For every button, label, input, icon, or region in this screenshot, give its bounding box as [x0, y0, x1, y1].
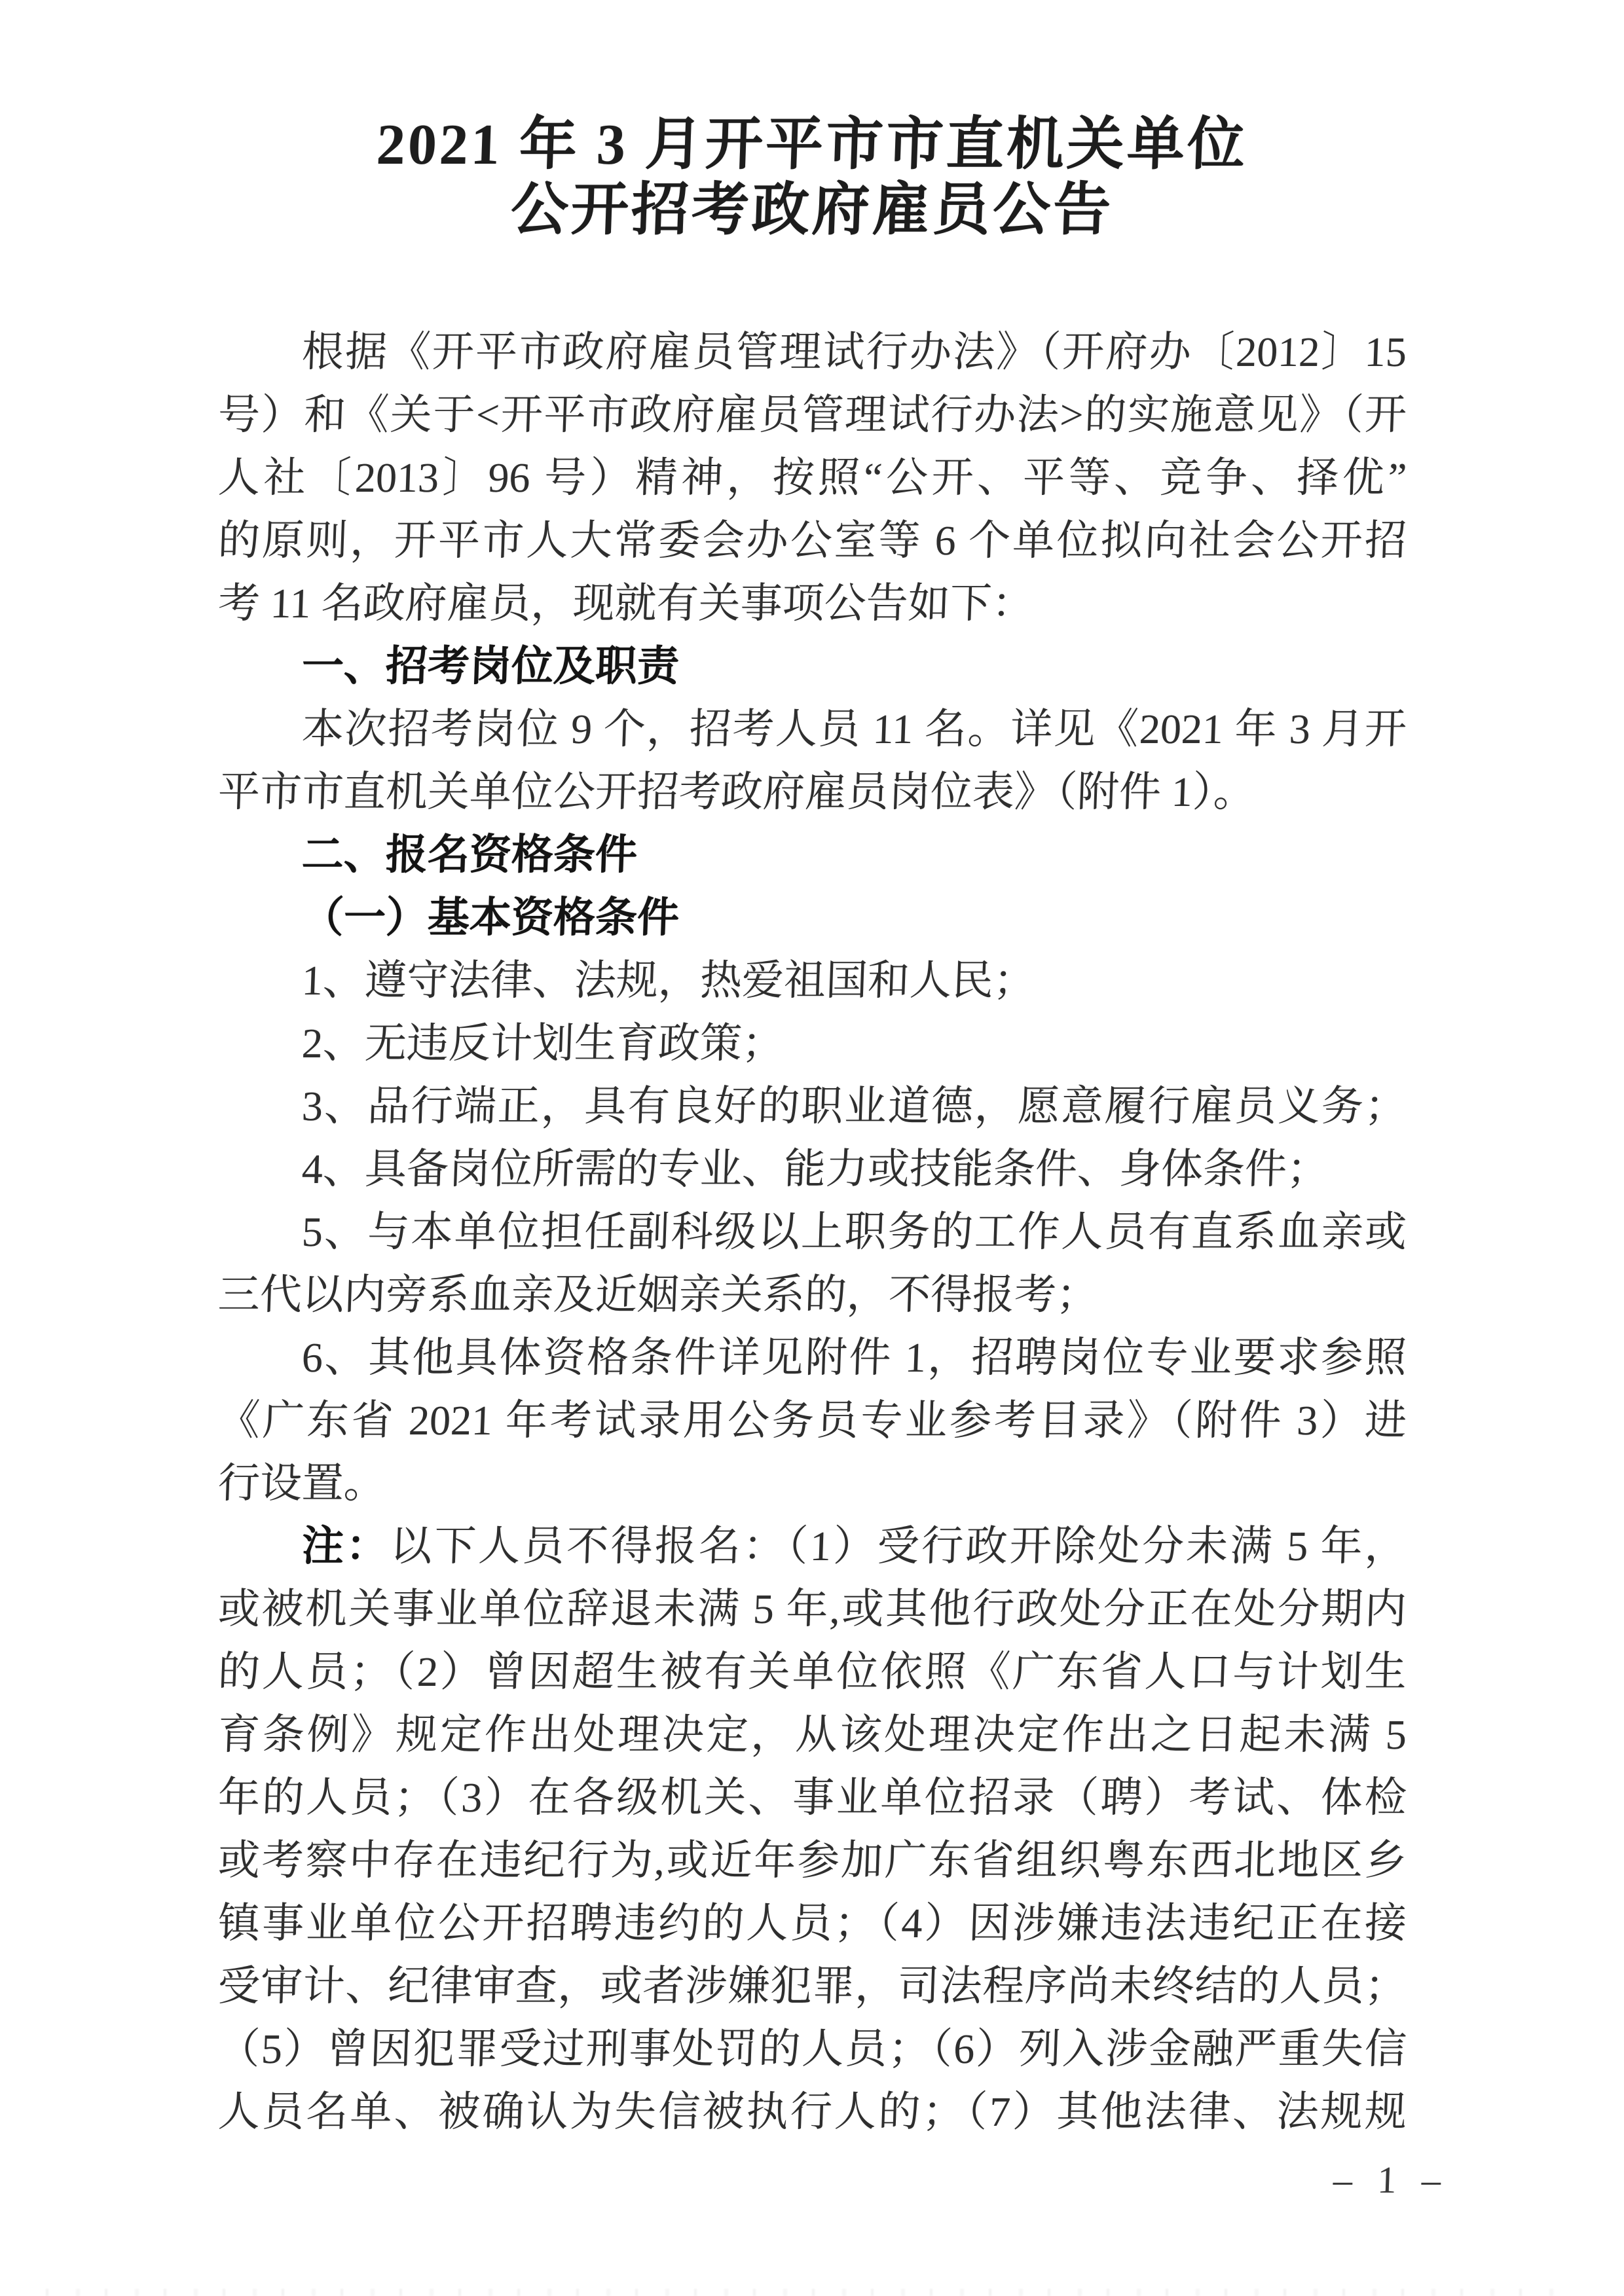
body-line: 本次招考岗位 9 个，招考人员 11 名。详见《2021 年 3 月开 — [217, 698, 1407, 761]
heading-line: （一）基本资格条件 — [217, 886, 1407, 949]
body-line: 人社〔2013〕96 号）精神，按照“公开、平等、竞争、择优” — [217, 446, 1407, 509]
document-body: 根据《开平市政府雇员管理试行办法》（开府办〔2012〕15号）和《关于<开平市政… — [218, 321, 1407, 2143]
heading-line: 二、报名资格条件 — [217, 824, 1407, 886]
body-line: 注：以下人员不得报名：（1）受行政开除处分未满 5 年， — [217, 1515, 1407, 1578]
body-line: 或被机关事业单位辞退未满 5 年,或其他行政处分正在处分期内 — [217, 1578, 1407, 1641]
title-line-1: 2021 年 3 月开平市市直机关单位 — [0, 113, 1624, 178]
title-line-2: 公开招考政府雇员公告 — [0, 178, 1624, 244]
body-line: 6、其他具体资格条件详见附件 1，招聘岗位专业要求参照 — [217, 1326, 1407, 1389]
note-label: 注： — [301, 1523, 391, 1569]
body-line: 《广东省 2021 年考试录用公务员专业参考目录》（附件 3）进 — [217, 1389, 1407, 1452]
body-line: 号）和《关于<开平市政府雇员管理试行办法>的实施意见》（开 — [217, 384, 1407, 446]
body-line: 平市市直机关单位公开招考政府雇员岗位表》（附件 1）。 — [217, 761, 1407, 824]
body-line: 的原则，开平市人大常委会办公室等 6 个单位拟向社会公开招 — [217, 509, 1407, 572]
body-line: 或考察中存在违纪行为,或近年参加广东省组织粤东西北地区乡 — [217, 1829, 1407, 1892]
body-line: 受审计、纪律审查，或者涉嫌犯罪，司法程序尚未终结的人员； — [217, 1955, 1407, 2018]
document-page: 2021 年 3 月开平市市直机关单位 公开招考政府雇员公告 根据《开平市政府雇… — [0, 0, 1624, 2296]
body-line: 年的人员；（3）在各级机关、事业单位招录（聘）考试、体检 — [217, 1766, 1407, 1829]
body-line: 4、具备岗位所需的专业、能力或技能条件、身体条件； — [217, 1138, 1407, 1201]
body-line: 行设置。 — [217, 1452, 1407, 1515]
scan-artifact — [46, 2289, 1578, 2296]
body-line: 2、无违反计划生育政策； — [217, 1012, 1407, 1075]
body-line: 的人员；（2）曾因超生被有关单位依照《广东省人口与计划生 — [217, 1641, 1407, 1704]
heading-line: 一、招考岗位及职责 — [217, 635, 1407, 698]
body-line: 育条例》规定作出处理决定，从该处理决定作出之日起未满 5 — [217, 1704, 1407, 1766]
body-line: 考 11 名政府雇员，现就有关事项公告如下： — [217, 572, 1407, 635]
body-line: 根据《开平市政府雇员管理试行办法》（开府办〔2012〕15 — [217, 321, 1407, 384]
body-line: 人员名单、被确认为失信被执行人的；（7）其他法律、法规规 — [217, 2081, 1407, 2143]
document-title: 2021 年 3 月开平市市直机关单位 公开招考政府雇员公告 — [0, 113, 1624, 244]
body-line: 镇事业单位公开招聘违约的人员；（4）因涉嫌违法违纪正在接 — [217, 1892, 1407, 1955]
body-line: 1、遵守法律、法规，热爱祖国和人民； — [217, 949, 1407, 1012]
body-line: 3、品行端正，具有良好的职业道德，愿意履行雇员义务； — [217, 1075, 1407, 1138]
body-line: 5、与本单位担任副科级以上职务的工作人员有直系血亲或 — [217, 1201, 1407, 1264]
page-number: – 1 – — [1333, 2158, 1449, 2202]
body-line: 三代以内旁系血亲及近姻亲关系的，不得报考； — [217, 1264, 1407, 1326]
body-line: （5）曾因犯罪受过刑事处罚的人员；（6）列入涉金融严重失信 — [217, 2018, 1407, 2081]
